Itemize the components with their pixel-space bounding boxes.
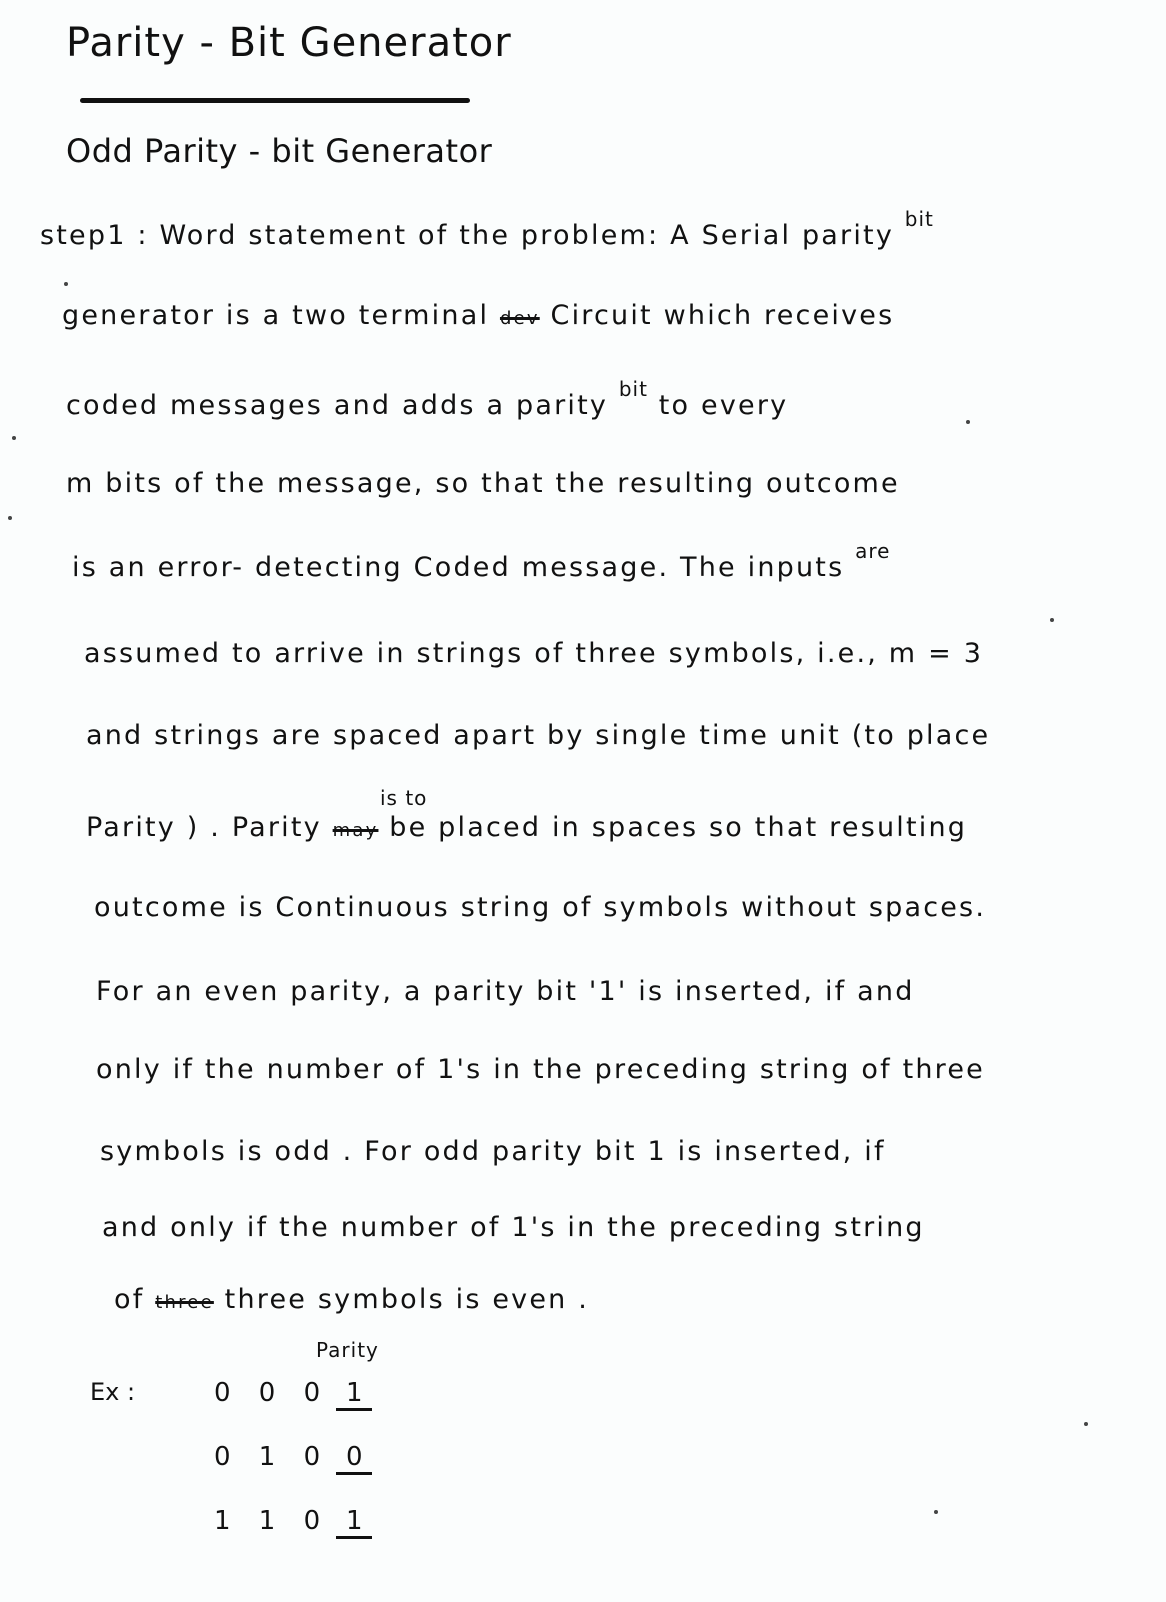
- text-line: and strings are spaced apart by single t…: [86, 722, 990, 749]
- parity-bit: 1: [336, 1378, 372, 1411]
- line-text: and strings are spaced apart by single t…: [86, 720, 990, 751]
- scan-speck: [1084, 1422, 1088, 1426]
- parity-column-header: Parity: [316, 1338, 379, 1362]
- text-line: generator is a two terminal dev Circuit …: [62, 302, 894, 329]
- inserted-correction: is to: [380, 786, 427, 810]
- text-line: and only if the number of 1's in the pre…: [102, 1214, 925, 1241]
- superscript-note: bit: [905, 207, 934, 231]
- line-text: of: [114, 1284, 144, 1315]
- struck-word: three: [155, 1292, 214, 1313]
- line-text: only if the number of 1's in the precedi…: [96, 1054, 985, 1085]
- scan-speck: [8, 516, 12, 520]
- line-text: and only if the number of 1's in the pre…: [102, 1212, 925, 1243]
- subtitle: Odd Parity - bit Generator: [66, 132, 492, 170]
- text-line: is an error- detecting Coded message. Th…: [72, 554, 890, 581]
- example-row: 0 1 0 0: [214, 1442, 372, 1475]
- example-row: 1 1 0 1: [214, 1506, 372, 1539]
- line-text: outcome is Continuous string of symbols …: [94, 892, 986, 923]
- line-text: For an even parity, a parity bit '1' is …: [96, 976, 915, 1007]
- text-line: symbols is odd . For odd parity bit 1 is…: [100, 1138, 886, 1165]
- line-text-rest: be placed in spaces so that resulting: [389, 812, 967, 843]
- text-line: of three three symbols is even .: [114, 1286, 589, 1313]
- line-text: generator is a two terminal: [62, 300, 489, 331]
- message-bits: 1 1 0: [214, 1506, 314, 1536]
- text-line: m bits of the message, so that the resul…: [66, 470, 900, 497]
- text-line: Parity ) . Parity may be placed in space…: [86, 814, 967, 841]
- superscript-note: bit: [619, 377, 648, 401]
- text-line: coded messages and adds a parity bit to …: [66, 392, 788, 419]
- superscript-note: are: [855, 539, 890, 563]
- example-label: Ex :: [90, 1378, 135, 1406]
- struck-word: dev: [500, 308, 540, 329]
- line-text: coded messages and adds a parity: [66, 390, 608, 421]
- line-text: Parity ) . Parity: [86, 812, 322, 843]
- example-row: 0 0 0 1: [214, 1378, 372, 1411]
- line-text-rest: Circuit which receives: [551, 300, 895, 331]
- message-bits: 0 0 0: [214, 1378, 314, 1408]
- text-line: only if the number of 1's in the precedi…: [96, 1056, 985, 1083]
- text-line: outcome is Continuous string of symbols …: [94, 894, 986, 921]
- line-text: step1 : Word statement of the problem: A…: [40, 220, 894, 251]
- line-text: is an error- detecting Coded message. Th…: [72, 552, 844, 583]
- parity-bit: 0: [336, 1442, 372, 1475]
- parity-bit: 1: [336, 1506, 372, 1539]
- title-underline: [80, 98, 470, 103]
- text-line: step1 : Word statement of the problem: A…: [40, 222, 934, 249]
- scan-speck: [64, 282, 68, 286]
- struck-word: may: [333, 820, 379, 841]
- text-line: assumed to arrive in strings of three sy…: [84, 640, 983, 667]
- line-text-rest: to every: [659, 390, 789, 421]
- page-title: Parity - Bit Generator: [66, 20, 512, 66]
- scan-speck: [966, 420, 970, 424]
- scan-speck: [934, 1510, 938, 1514]
- text-line: For an even parity, a parity bit '1' is …: [96, 978, 915, 1005]
- scan-speck: [12, 436, 16, 440]
- scan-speck: [1050, 618, 1054, 622]
- line-text: m bits of the message, so that the resul…: [66, 468, 900, 499]
- handwritten-page: Parity - Bit Generator Odd Parity - bit …: [0, 0, 1166, 1602]
- line-text-rest: three symbols is even .: [225, 1284, 589, 1315]
- line-text: symbols is odd . For odd parity bit 1 is…: [100, 1136, 886, 1167]
- line-text: assumed to arrive in strings of three sy…: [84, 638, 983, 669]
- message-bits: 0 1 0: [214, 1442, 314, 1472]
